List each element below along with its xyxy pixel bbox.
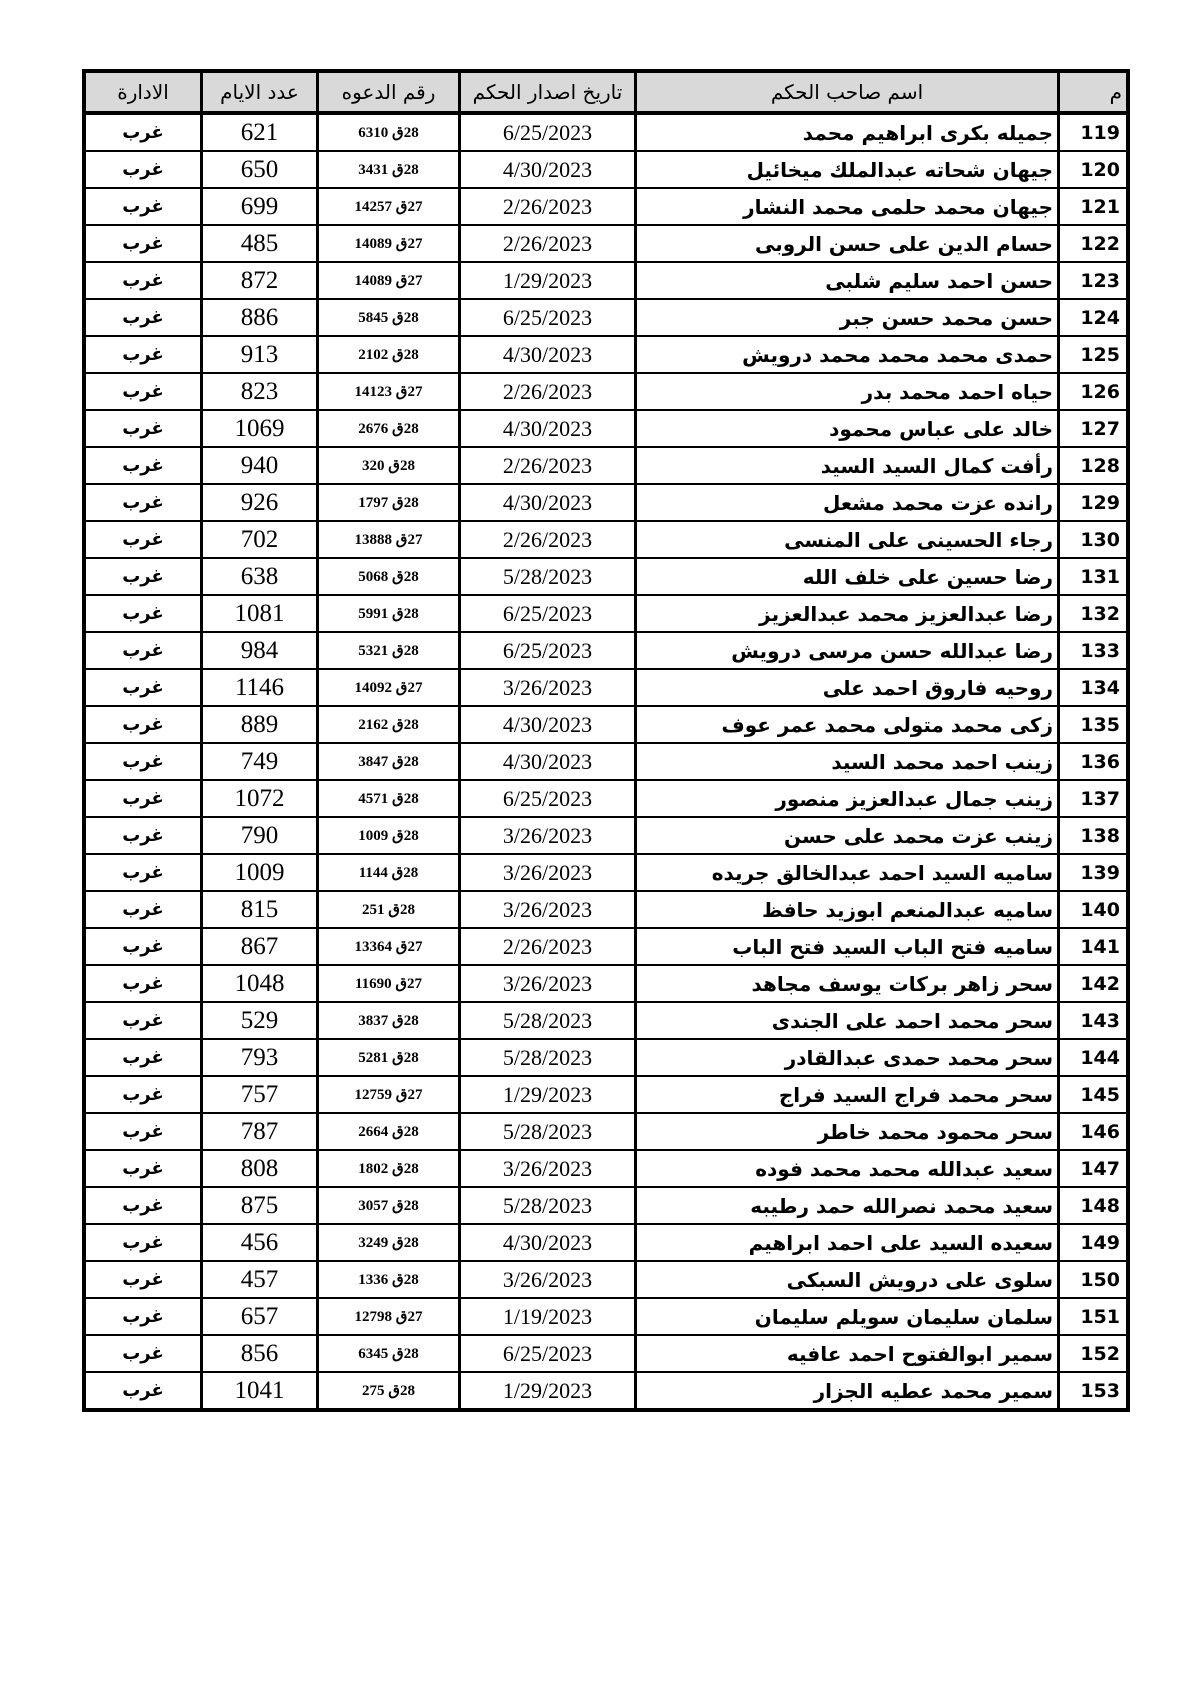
cell-name: سعيده السيد على احمد ابراهيم	[636, 1224, 1059, 1261]
cell-name: ساميه السيد احمد عبدالخالق جريده	[636, 854, 1059, 891]
cell-case-no: 28ق 3057	[318, 1187, 460, 1224]
table-row: 120جيهان شحاته عبدالملك ميخائيل4/30/2023…	[84, 151, 1128, 188]
cell-date: 2/26/2023	[460, 928, 636, 965]
cell-days: 926	[202, 484, 318, 521]
cell-date: 2/26/2023	[460, 373, 636, 410]
cell-name: سمير محمد عطيه الجزار	[636, 1372, 1059, 1410]
cell-case-no: 27ق 13364	[318, 928, 460, 965]
cell-case-no: 28ق 1802	[318, 1150, 460, 1187]
cell-admin: غرب	[84, 299, 202, 336]
cell-name: رجاء الحسينى على المنسى	[636, 521, 1059, 558]
cell-date: 3/26/2023	[460, 965, 636, 1002]
cell-admin: غرب	[84, 1224, 202, 1261]
table-body: 119جميله بكرى ابراهيم محمد6/25/202328ق 6…	[84, 113, 1128, 1410]
cell-days: 787	[202, 1113, 318, 1150]
cell-date: 5/28/2023	[460, 1002, 636, 1039]
cell-case-no: 27ق 14257	[318, 188, 460, 225]
cell-admin: غرب	[84, 373, 202, 410]
cell-name: رأفت كمال السيد السيد	[636, 447, 1059, 484]
cell-days: 650	[202, 151, 318, 188]
cell-admin: غرب	[84, 1076, 202, 1113]
cell-case-no: 27ق 14089	[318, 262, 460, 299]
cell-admin: غرب	[84, 928, 202, 965]
cell-index: 133	[1059, 632, 1129, 669]
cell-index: 123	[1059, 262, 1129, 299]
cell-name: رضا عبدالله حسن مرسى درويش	[636, 632, 1059, 669]
cell-date: 5/28/2023	[460, 1113, 636, 1150]
cell-days: 638	[202, 558, 318, 595]
cell-days: 757	[202, 1076, 318, 1113]
cell-admin: غرب	[84, 113, 202, 151]
cell-name: حسن احمد سليم شلبى	[636, 262, 1059, 299]
cell-admin: غرب	[84, 484, 202, 521]
cell-index: 150	[1059, 1261, 1129, 1298]
header-index: م	[1059, 71, 1129, 113]
cell-index: 144	[1059, 1039, 1129, 1076]
cell-date: 2/26/2023	[460, 521, 636, 558]
cell-name: سحر زاهر بركات يوسف مجاهد	[636, 965, 1059, 1002]
cell-admin: غرب	[84, 1335, 202, 1372]
cell-admin: غرب	[84, 262, 202, 299]
cell-days: 940	[202, 447, 318, 484]
cell-index: 148	[1059, 1187, 1129, 1224]
cell-case-no: 27ق 11690	[318, 965, 460, 1002]
cell-name: زينب عزت محمد على حسن	[636, 817, 1059, 854]
cell-admin: غرب	[84, 965, 202, 1002]
cell-case-no: 28ق 3249	[318, 1224, 460, 1261]
cell-case-no: 28ق 2102	[318, 336, 460, 373]
cell-name: روحيه فاروق احمد على	[636, 669, 1059, 706]
table-row: 121جيهان محمد حلمى محمد النشار2/26/20232…	[84, 188, 1128, 225]
table-row: 148سعيد محمد نصرالله حمد رطيبه5/28/20232…	[84, 1187, 1128, 1224]
table-row: 151سلمان سليمان سويلم سليمان1/19/202327ق…	[84, 1298, 1128, 1335]
cell-index: 127	[1059, 410, 1129, 447]
cell-index: 120	[1059, 151, 1129, 188]
cell-admin: غرب	[84, 151, 202, 188]
cell-name: حسام الدين على حسن الروبى	[636, 225, 1059, 262]
cell-name: رضا عبدالعزيز محمد عبدالعزيز	[636, 595, 1059, 632]
cell-date: 2/26/2023	[460, 447, 636, 484]
cell-days: 815	[202, 891, 318, 928]
table-row: 129رانده عزت محمد مشعل4/30/202328ق 17979…	[84, 484, 1128, 521]
cell-name: سعيد عبدالله محمد محمد فوده	[636, 1150, 1059, 1187]
cell-case-no: 27ق 12759	[318, 1076, 460, 1113]
cell-name: حسن محمد حسن جبر	[636, 299, 1059, 336]
cell-case-no: 28ق 5845	[318, 299, 460, 336]
cell-case-no: 27ق 13888	[318, 521, 460, 558]
cell-date: 1/29/2023	[460, 1076, 636, 1113]
table-row: 139ساميه السيد احمد عبدالخالق جريده3/26/…	[84, 854, 1128, 891]
header-days: عدد الايام	[202, 71, 318, 113]
cell-name: حياه احمد محمد بدر	[636, 373, 1059, 410]
cell-date: 5/28/2023	[460, 1039, 636, 1076]
cell-days: 872	[202, 262, 318, 299]
cell-index: 149	[1059, 1224, 1129, 1261]
cell-index: 143	[1059, 1002, 1129, 1039]
cell-admin: غرب	[84, 1002, 202, 1039]
cell-index: 153	[1059, 1372, 1129, 1410]
cell-date: 6/25/2023	[460, 1335, 636, 1372]
header-name: اسم صاحب الحكم	[636, 71, 1059, 113]
cell-date: 3/26/2023	[460, 1261, 636, 1298]
table-row: 131رضا حسين على خلف الله5/28/202328ق 506…	[84, 558, 1128, 595]
table-row: 132رضا عبدالعزيز محمد عبدالعزيز6/25/2023…	[84, 595, 1128, 632]
cell-admin: غرب	[84, 817, 202, 854]
table-row: 142سحر زاهر بركات يوسف مجاهد3/26/202327ق…	[84, 965, 1128, 1002]
cell-name: ساميه فتح الباب السيد فتح الباب	[636, 928, 1059, 965]
cell-case-no: 28ق 6345	[318, 1335, 460, 1372]
table-row: 140ساميه عبدالمنعم ابوزيد حافظ3/26/20232…	[84, 891, 1128, 928]
cell-admin: غرب	[84, 447, 202, 484]
cell-index: 124	[1059, 299, 1129, 336]
header-row: م اسم صاحب الحكم تاريخ اصدار الحكم رقم ا…	[84, 71, 1128, 113]
cell-date: 4/30/2023	[460, 743, 636, 780]
cell-case-no: 28ق 251	[318, 891, 460, 928]
cell-case-no: 28ق 1144	[318, 854, 460, 891]
table-row: 144سحر محمد حمدى عبدالقادر5/28/202328ق 5…	[84, 1039, 1128, 1076]
cell-name: سحر محمود محمد خاطر	[636, 1113, 1059, 1150]
table-row: 122حسام الدين على حسن الروبى2/26/202327ق…	[84, 225, 1128, 262]
table-row: 123حسن احمد سليم شلبى1/29/202327ق 140898…	[84, 262, 1128, 299]
cell-date: 1/29/2023	[460, 1372, 636, 1410]
table-row: 147سعيد عبدالله محمد محمد فوده3/26/20232…	[84, 1150, 1128, 1187]
cell-days: 867	[202, 928, 318, 965]
cell-case-no: 28ق 3847	[318, 743, 460, 780]
table-row: 133رضا عبدالله حسن مرسى درويش6/25/202328…	[84, 632, 1128, 669]
cell-date: 3/26/2023	[460, 891, 636, 928]
cell-date: 5/28/2023	[460, 1187, 636, 1224]
cell-days: 485	[202, 225, 318, 262]
cell-days: 1009	[202, 854, 318, 891]
table-row: 136زينب احمد محمد السيد4/30/202328ق 3847…	[84, 743, 1128, 780]
cell-admin: غرب	[84, 1150, 202, 1187]
cell-admin: غرب	[84, 1113, 202, 1150]
cell-case-no: 28ق 5321	[318, 632, 460, 669]
table-row: 146سحر محمود محمد خاطر5/28/202328ق 26647…	[84, 1113, 1128, 1150]
cell-index: 151	[1059, 1298, 1129, 1335]
cell-index: 146	[1059, 1113, 1129, 1150]
table-row: 135زكى محمد متولى محمد عمر عوف4/30/20232…	[84, 706, 1128, 743]
cell-date: 6/25/2023	[460, 595, 636, 632]
cell-admin: غرب	[84, 669, 202, 706]
cell-index: 135	[1059, 706, 1129, 743]
cell-name: جيهان شحاته عبدالملك ميخائيل	[636, 151, 1059, 188]
cell-days: 889	[202, 706, 318, 743]
cell-days: 793	[202, 1039, 318, 1076]
cell-date: 3/26/2023	[460, 669, 636, 706]
table-row: 149سعيده السيد على احمد ابراهيم4/30/2023…	[84, 1224, 1128, 1261]
cell-name: جميله بكرى ابراهيم محمد	[636, 113, 1059, 151]
cell-case-no: 28ق 3431	[318, 151, 460, 188]
cell-case-no: 28ق 1797	[318, 484, 460, 521]
table-row: 150سلوى على درويش السبكى3/26/202328ق 133…	[84, 1261, 1128, 1298]
cell-date: 2/26/2023	[460, 188, 636, 225]
cell-index: 137	[1059, 780, 1129, 817]
cell-date: 4/30/2023	[460, 410, 636, 447]
cell-admin: غرب	[84, 558, 202, 595]
cell-date: 5/28/2023	[460, 558, 636, 595]
cell-days: 913	[202, 336, 318, 373]
cell-index: 121	[1059, 188, 1129, 225]
cell-date: 2/26/2023	[460, 225, 636, 262]
table-row: 127خالد على عباس محمود4/30/202328ق 26761…	[84, 410, 1128, 447]
cell-index: 136	[1059, 743, 1129, 780]
cell-case-no: 28ق 3837	[318, 1002, 460, 1039]
table-row: 134روحيه فاروق احمد على3/26/202327ق 1409…	[84, 669, 1128, 706]
cell-days: 699	[202, 188, 318, 225]
cell-name: رانده عزت محمد مشعل	[636, 484, 1059, 521]
cell-date: 1/19/2023	[460, 1298, 636, 1335]
cell-days: 457	[202, 1261, 318, 1298]
cell-admin: غرب	[84, 1039, 202, 1076]
cell-name: زينب جمال عبدالعزيز منصور	[636, 780, 1059, 817]
table-row: 137زينب جمال عبدالعزيز منصور6/25/202328ق…	[84, 780, 1128, 817]
cell-admin: غرب	[84, 1261, 202, 1298]
cell-index: 141	[1059, 928, 1129, 965]
cell-name: زكى محمد متولى محمد عمر عوف	[636, 706, 1059, 743]
cell-index: 139	[1059, 854, 1129, 891]
cell-name: رضا حسين على خلف الله	[636, 558, 1059, 595]
cell-admin: غرب	[84, 854, 202, 891]
table-row: 153سمير محمد عطيه الجزار1/29/202328ق 275…	[84, 1372, 1128, 1410]
table-row: 124حسن محمد حسن جبر6/25/202328ق 5845886غ…	[84, 299, 1128, 336]
cell-admin: غرب	[84, 1372, 202, 1410]
header-admin: الادارة	[84, 71, 202, 113]
cell-name: سلمان سليمان سويلم سليمان	[636, 1298, 1059, 1335]
cell-case-no: 28ق 4571	[318, 780, 460, 817]
header-date: تاريخ اصدار الحكم	[460, 71, 636, 113]
cell-days: 749	[202, 743, 318, 780]
cell-days: 1072	[202, 780, 318, 817]
cell-index: 132	[1059, 595, 1129, 632]
cell-index: 122	[1059, 225, 1129, 262]
cell-case-no: 28ق 5068	[318, 558, 460, 595]
cell-name: سعيد محمد نصرالله حمد رطيبه	[636, 1187, 1059, 1224]
table-row: 152سمير ابوالفتوح احمد عافيه6/25/202328ق…	[84, 1335, 1128, 1372]
cell-index: 140	[1059, 891, 1129, 928]
table-row: 143سحر محمد احمد على الجندى5/28/202328ق …	[84, 1002, 1128, 1039]
cell-days: 790	[202, 817, 318, 854]
cell-days: 856	[202, 1335, 318, 1372]
cell-days: 621	[202, 113, 318, 151]
cell-days: 1081	[202, 595, 318, 632]
cell-case-no: 28ق 5281	[318, 1039, 460, 1076]
table-row: 126حياه احمد محمد بدر2/26/202327ق 141238…	[84, 373, 1128, 410]
cell-admin: غرب	[84, 225, 202, 262]
cell-days: 1048	[202, 965, 318, 1002]
cell-case-no: 28ق 2676	[318, 410, 460, 447]
cell-admin: غرب	[84, 410, 202, 447]
cell-name: سمير ابوالفتوح احمد عافيه	[636, 1335, 1059, 1372]
cell-admin: غرب	[84, 521, 202, 558]
cell-date: 6/25/2023	[460, 632, 636, 669]
cell-days: 657	[202, 1298, 318, 1335]
cell-date: 3/26/2023	[460, 1150, 636, 1187]
cell-index: 119	[1059, 113, 1129, 151]
table-row: 128رأفت كمال السيد السيد2/26/202328ق 320…	[84, 447, 1128, 484]
cell-name: سحر محمد فراج السيد فراج	[636, 1076, 1059, 1113]
cell-date: 4/30/2023	[460, 706, 636, 743]
cell-case-no: 28ق 320	[318, 447, 460, 484]
cell-admin: غرب	[84, 1187, 202, 1224]
cell-case-no: 28ق 6310	[318, 113, 460, 151]
cell-admin: غرب	[84, 706, 202, 743]
cell-index: 134	[1059, 669, 1129, 706]
cell-case-no: 27ق 14123	[318, 373, 460, 410]
cell-case-no: 28ق 2162	[318, 706, 460, 743]
cell-date: 4/30/2023	[460, 484, 636, 521]
cell-name: زينب احمد محمد السيد	[636, 743, 1059, 780]
cell-days: 456	[202, 1224, 318, 1261]
cell-days: 1146	[202, 669, 318, 706]
table-row: 119جميله بكرى ابراهيم محمد6/25/202328ق 6…	[84, 113, 1128, 151]
header-case-no: رقم الدعوه	[318, 71, 460, 113]
cell-index: 142	[1059, 965, 1129, 1002]
cell-index: 128	[1059, 447, 1129, 484]
cell-date: 6/25/2023	[460, 113, 636, 151]
cell-days: 1069	[202, 410, 318, 447]
cell-index: 145	[1059, 1076, 1129, 1113]
cell-days: 886	[202, 299, 318, 336]
cell-index: 152	[1059, 1335, 1129, 1372]
cell-days: 808	[202, 1150, 318, 1187]
cell-days: 529	[202, 1002, 318, 1039]
judgments-table: م اسم صاحب الحكم تاريخ اصدار الحكم رقم ا…	[82, 69, 1130, 1412]
cell-index: 130	[1059, 521, 1129, 558]
cell-admin: غرب	[84, 595, 202, 632]
cell-date: 4/30/2023	[460, 336, 636, 373]
cell-name: حمدى محمد محمد محمد درويش	[636, 336, 1059, 373]
cell-admin: غرب	[84, 336, 202, 373]
cell-case-no: 27ق 14092	[318, 669, 460, 706]
table-row: 130رجاء الحسينى على المنسى2/26/202327ق 1…	[84, 521, 1128, 558]
table-row: 141ساميه فتح الباب السيد فتح الباب2/26/2…	[84, 928, 1128, 965]
cell-index: 147	[1059, 1150, 1129, 1187]
cell-case-no: 28ق 2664	[318, 1113, 460, 1150]
table-row: 145سحر محمد فراج السيد فراج1/29/202327ق …	[84, 1076, 1128, 1113]
cell-admin: غرب	[84, 891, 202, 928]
cell-case-no: 27ق 14089	[318, 225, 460, 262]
cell-name: سحر محمد احمد على الجندى	[636, 1002, 1059, 1039]
table-row: 138زينب عزت محمد على حسن3/26/202328ق 100…	[84, 817, 1128, 854]
cell-case-no: 28ق 5991	[318, 595, 460, 632]
cell-name: جيهان محمد حلمى محمد النشار	[636, 188, 1059, 225]
cell-index: 129	[1059, 484, 1129, 521]
cell-name: خالد على عباس محمود	[636, 410, 1059, 447]
cell-date: 1/29/2023	[460, 262, 636, 299]
cell-index: 125	[1059, 336, 1129, 373]
cell-date: 3/26/2023	[460, 854, 636, 891]
cell-name: سلوى على درويش السبكى	[636, 1261, 1059, 1298]
cell-days: 823	[202, 373, 318, 410]
cell-date: 6/25/2023	[460, 299, 636, 336]
table-row: 125حمدى محمد محمد محمد درويش4/30/202328ق…	[84, 336, 1128, 373]
cell-case-no: 28ق 1009	[318, 817, 460, 854]
cell-date: 3/26/2023	[460, 817, 636, 854]
cell-index: 126	[1059, 373, 1129, 410]
cell-days: 875	[202, 1187, 318, 1224]
cell-index: 131	[1059, 558, 1129, 595]
cell-case-no: 28ق 1336	[318, 1261, 460, 1298]
cell-name: ساميه عبدالمنعم ابوزيد حافظ	[636, 891, 1059, 928]
cell-index: 138	[1059, 817, 1129, 854]
cell-date: 4/30/2023	[460, 1224, 636, 1261]
cell-admin: غرب	[84, 632, 202, 669]
cell-admin: غرب	[84, 743, 202, 780]
cell-admin: غرب	[84, 1298, 202, 1335]
cell-date: 4/30/2023	[460, 151, 636, 188]
cell-case-no: 28ق 275	[318, 1372, 460, 1410]
cell-admin: غرب	[84, 780, 202, 817]
cell-days: 1041	[202, 1372, 318, 1410]
cell-days: 984	[202, 632, 318, 669]
cell-days: 702	[202, 521, 318, 558]
cell-date: 6/25/2023	[460, 780, 636, 817]
cell-case-no: 27ق 12798	[318, 1298, 460, 1335]
cell-name: سحر محمد حمدى عبدالقادر	[636, 1039, 1059, 1076]
cell-admin: غرب	[84, 188, 202, 225]
